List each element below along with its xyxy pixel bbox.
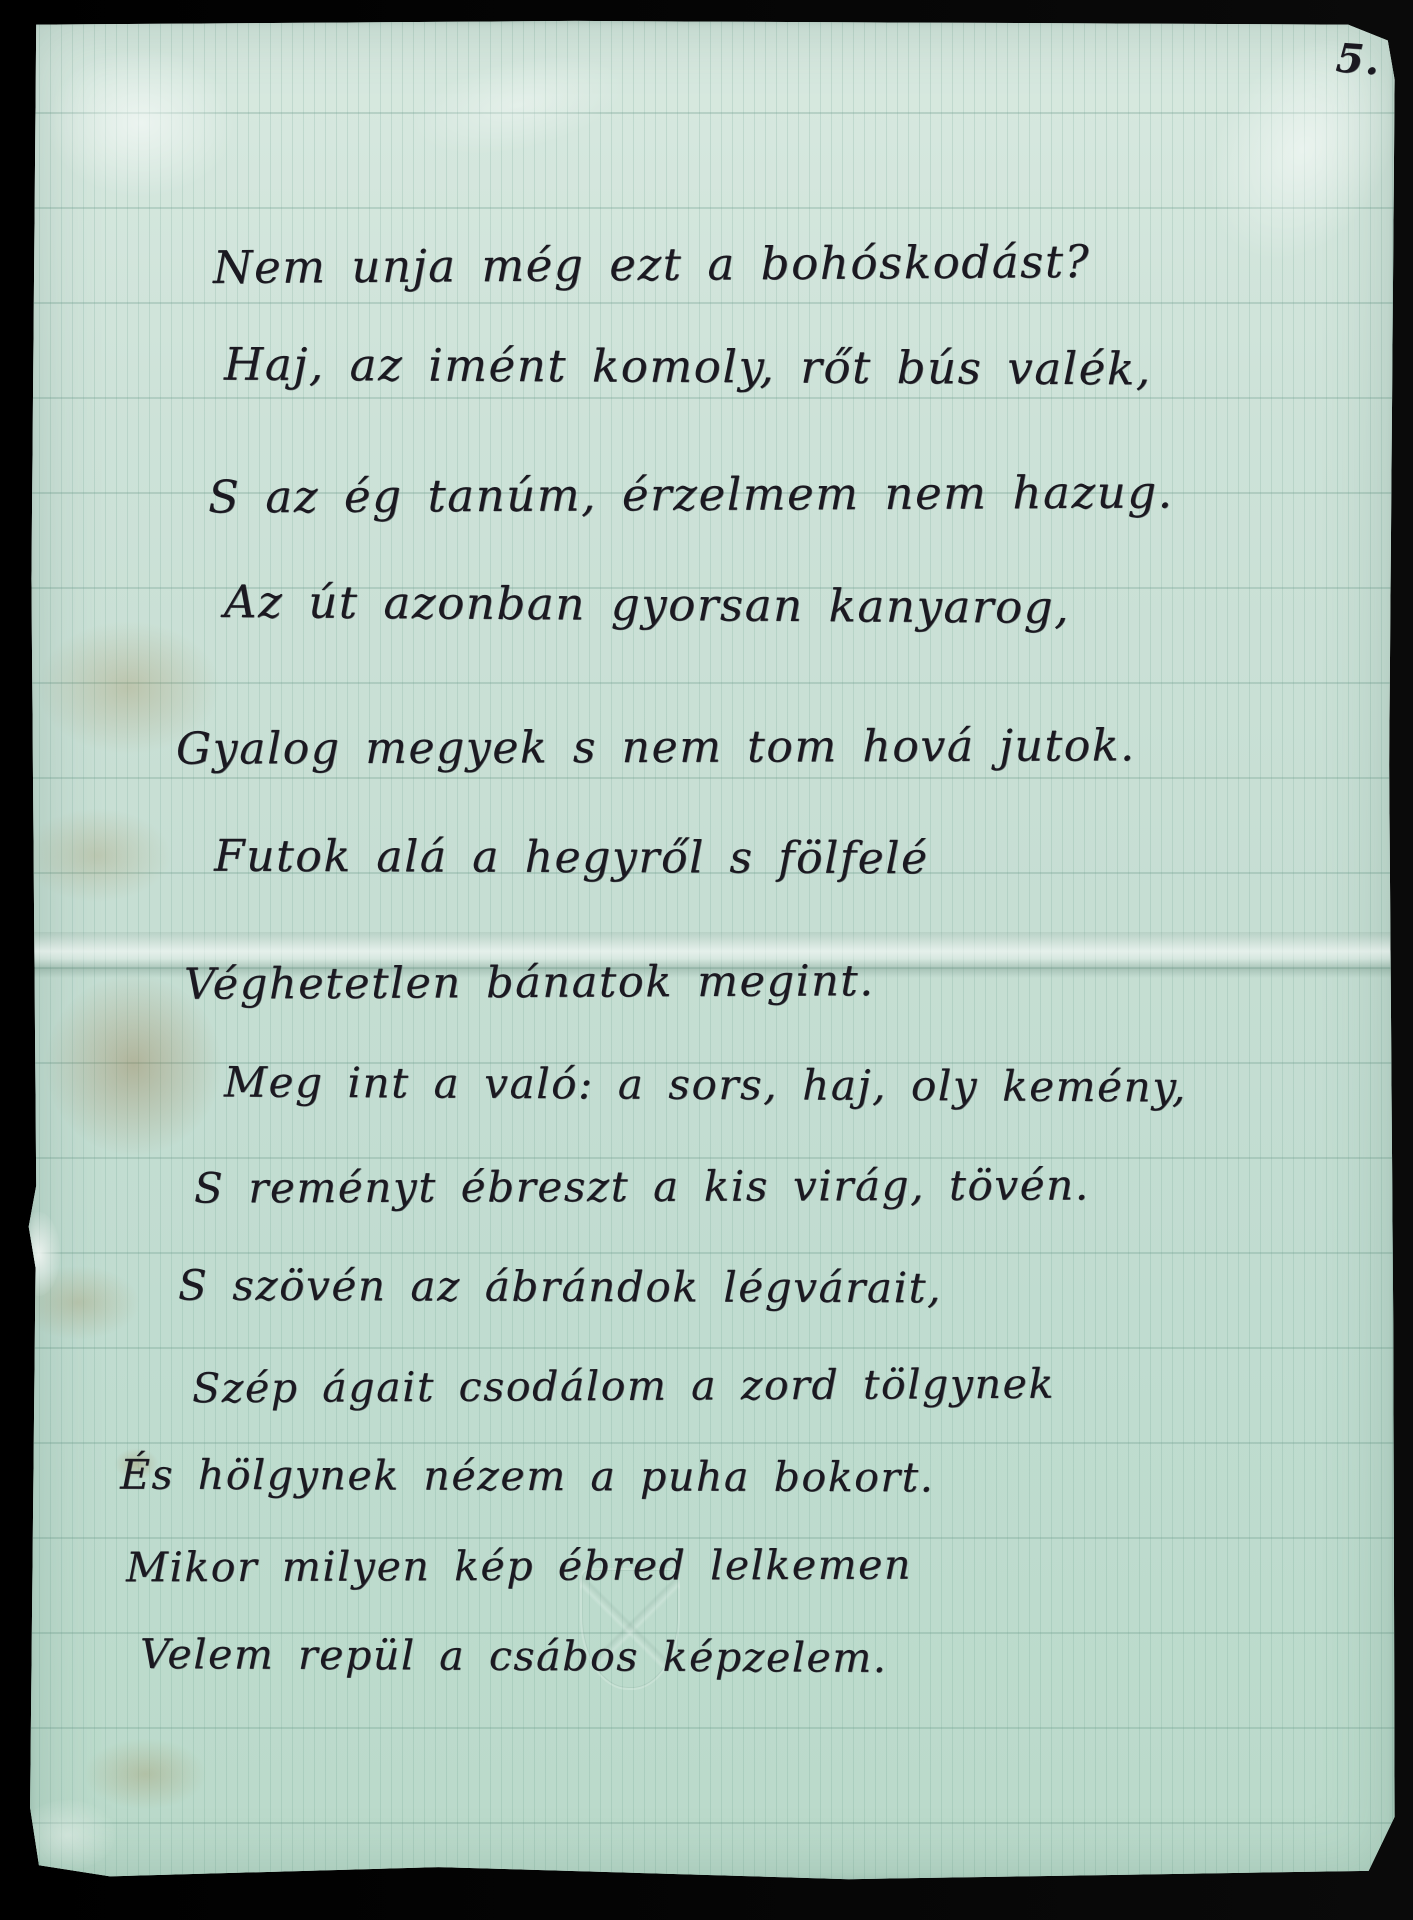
torn-corner [20,1800,115,1870]
poem-line-14: Velem repül a csábos képzelem. [140,1630,888,1682]
poem-line-2: Haj, az imént komoly, rőt bús valék, [224,338,1152,396]
poem-line-12: És hölgynek nézem a puha bokort. [120,1451,935,1502]
stain [22,808,172,903]
poem-line-1: Nem unja még ezt a bohóskodást? [213,235,1091,294]
scan-background: { "page": { "page_number": "5.", "paper_… [0,0,1413,1920]
crease-highlight [401,38,635,172]
poem-line-3: S az ég tanúm, érzelmem nem hazug. [208,465,1174,523]
poem-line-4: Az út azonban gyorsan kanyarog, [224,575,1070,634]
poem-line-13: Mikor milyen kép ébred lelkemen [126,1541,912,1592]
stain [16,1265,141,1340]
poem-line-7: Véghetetlen bánatok megint. [184,956,875,1010]
poem-line-11: Szép ágait csodálom a zord tölgynek [192,1360,1055,1413]
poem-line-5: Gyalog megyek s nem tom hová jutok. [176,720,1136,774]
poem-line-10: S szövén az ábrándok légvárait, [178,1261,942,1313]
torn-edge-notch [18,1212,60,1296]
stain [83,1738,208,1810]
poem-line-8: Meg int a való: a sors, haj, oly kemény, [224,1057,1187,1111]
manuscript-page: 5. Nem unja még ezt a bohóskodást? Haj, … [28,20,1396,1882]
poem-line-6: Futok alá a hegyről s fölfelé [214,831,929,884]
crease-highlight [46,48,236,198]
page-number: 5. [1334,34,1382,84]
poem-line-9: S reményt ébreszt a kis virág, tövén. [194,1160,1090,1212]
scanned-document: 5. Nem unja még ezt a bohóskodást? Haj, … [0,0,1413,1920]
